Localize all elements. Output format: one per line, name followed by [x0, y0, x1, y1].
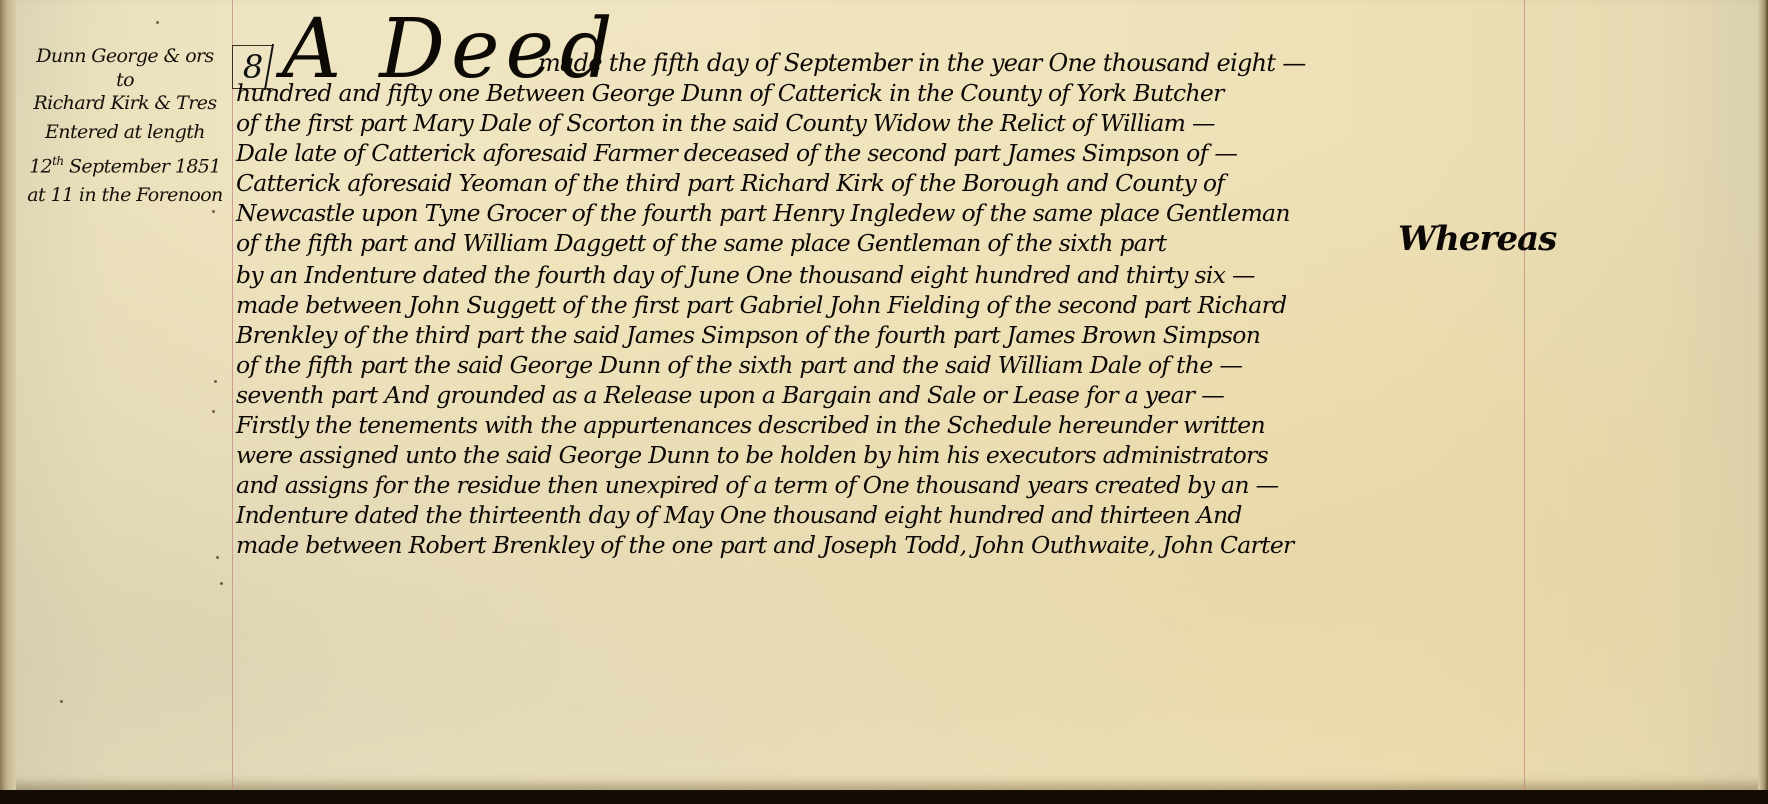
- body-line-12: Firstly the tenements with the appurtena…: [236, 408, 1265, 442]
- body-line-6: of the fifth part and William Daggett of…: [236, 226, 1166, 260]
- margin-note: Dunn George & ors to Richard Kirk & Tres…: [14, 42, 236, 210]
- body-line-2: of the first part Mary Dale of Scorton i…: [236, 106, 1215, 140]
- body-line-11: seventh part And grounded as a Release u…: [236, 378, 1224, 412]
- body-line-3: Dale late of Catterick aforesaid Farmer …: [236, 136, 1237, 170]
- date-day: 12: [29, 155, 52, 177]
- margin-note-line-6: at 11 in the Forenoon: [14, 181, 236, 210]
- page-edge-shadow: [0, 790, 1768, 804]
- body-line-4: Catterick aforesaid Yeoman of the third …: [236, 166, 1224, 200]
- foxing-spot: [220, 582, 223, 585]
- foxing-spot: [212, 210, 215, 213]
- foxing-spot: [60, 700, 63, 703]
- foxing-spot: [156, 21, 159, 24]
- body-line-5: Newcastle upon Tyne Grocer of the fourth…: [236, 196, 1290, 230]
- margin-note-line-3: Richard Kirk & Tres: [14, 89, 236, 118]
- body-line-7: by an Indenture dated the fourth day of …: [236, 258, 1255, 292]
- body-line-8: made between John Suggett of the first p…: [236, 288, 1286, 322]
- body-line-13: were assigned unto the said George Dunn …: [236, 438, 1268, 472]
- margin-note-date: 12th September 1851: [14, 147, 236, 181]
- body-line-14: and assigns for the residue then unexpir…: [236, 468, 1278, 502]
- body-line-9: Brenkley of the third part the said Jame…: [236, 318, 1260, 352]
- date-suffix: th: [52, 154, 63, 168]
- right-margin-rule: [1524, 0, 1525, 790]
- foxing-spot: [212, 410, 215, 413]
- foxing-spot: [216, 556, 219, 559]
- whereas-emphasis: Whereas: [1398, 222, 1556, 256]
- book-binding-right: [1758, 0, 1768, 790]
- ledger-page: Dunn George & ors to Richard Kirk & Tres…: [0, 0, 1768, 793]
- margin-note-line-2: to: [14, 71, 236, 89]
- body-line-1: hundred and fifty one Between George Dun…: [236, 76, 1224, 110]
- date-rest: September 1851: [69, 155, 221, 177]
- margin-note-line-4: Entered at length: [14, 118, 236, 147]
- body-line-15: Indenture dated the thirteenth day of Ma…: [236, 498, 1242, 532]
- body-line-10: of the fifth part the said George Dunn o…: [236, 348, 1242, 382]
- foxing-spot: [214, 380, 217, 383]
- body-line-0: made the fifth day of September in the y…: [538, 46, 1306, 80]
- body-line-16: made between Robert Brenkley of the one …: [236, 528, 1294, 562]
- margin-note-line-1: Dunn George & ors: [14, 42, 236, 71]
